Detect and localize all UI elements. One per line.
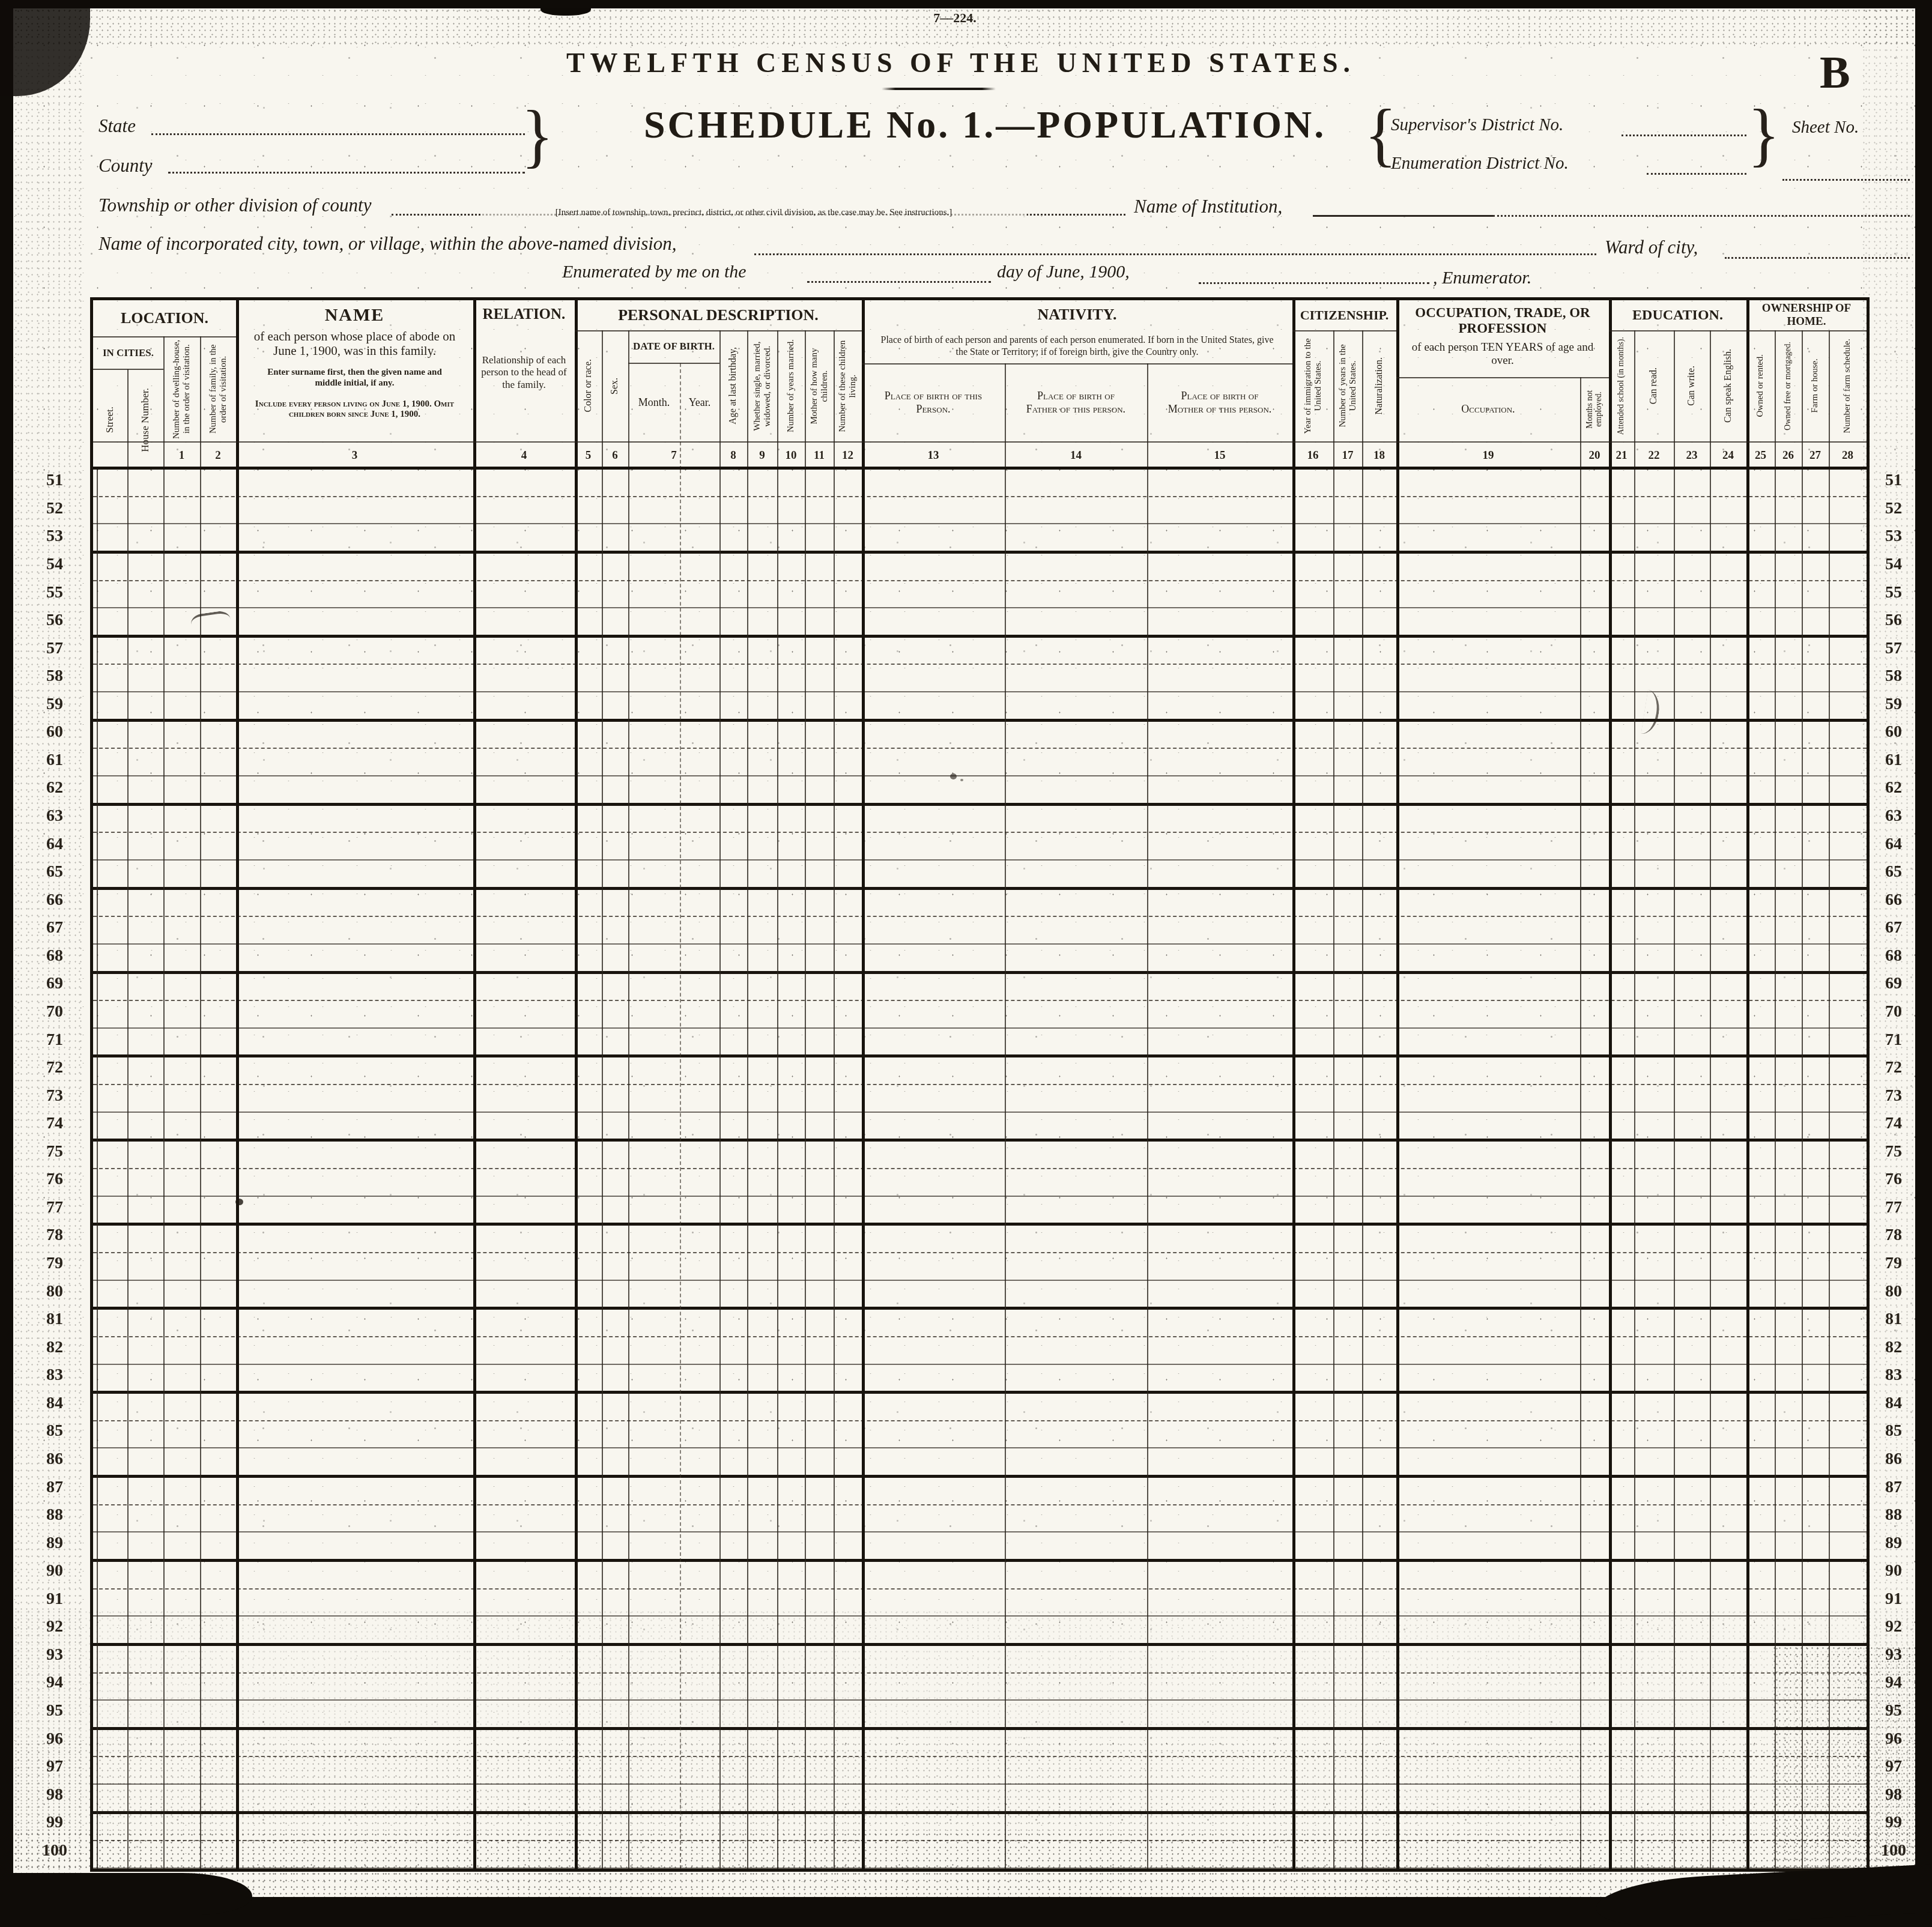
grid-line — [628, 363, 719, 364]
table-row-55 — [93, 581, 1867, 609]
county-label: County — [98, 155, 153, 177]
sheet-no-label: Sheet No. — [1792, 118, 1859, 138]
grid-line — [719, 470, 721, 1869]
grid-line — [719, 330, 721, 470]
col19-occupation-header: Occupation. — [1396, 377, 1580, 441]
state-field — [151, 133, 525, 135]
grid-line — [236, 300, 239, 470]
grid-line — [1396, 300, 1399, 470]
row-number: 98 — [1867, 1780, 1921, 1809]
grid-line — [1396, 377, 1609, 378]
row-number: 94 — [1867, 1669, 1921, 1697]
table-row-62 — [93, 776, 1867, 806]
grid-line — [1802, 470, 1803, 1869]
grid-line — [1292, 470, 1295, 1869]
grid-line — [473, 300, 476, 470]
row-number: 71 — [26, 1026, 83, 1054]
grid-line — [1292, 300, 1295, 470]
column-number: 27 — [1802, 441, 1829, 470]
table-row-67 — [93, 917, 1867, 945]
row-number: 74 — [26, 1110, 83, 1138]
grid-line — [1609, 300, 1612, 470]
occupation-description: of each person TEN YEARS of age and over… — [1396, 336, 1609, 368]
section-ownership: OWNERSHIP OF HOME. — [1746, 300, 1867, 330]
mother-of-label: Mother of how many children. — [810, 333, 829, 440]
farm-schedule-label: Number of farm schedule. — [1843, 339, 1853, 433]
row-number: 89 — [26, 1529, 83, 1557]
row-number: 72 — [1867, 1054, 1921, 1082]
row-number: 78 — [26, 1221, 83, 1250]
grid-line — [862, 470, 865, 1869]
ward-field — [1725, 257, 1910, 259]
col26-owned-free-mortgaged-header: Owned free or mortgaged. — [1775, 330, 1802, 441]
table-row-100 — [93, 1841, 1867, 1869]
grid-line — [1829, 470, 1830, 1869]
table-row-80 — [93, 1281, 1867, 1310]
naturalization-label: Naturalization. — [1374, 357, 1385, 415]
enumerator-name-field — [1199, 282, 1429, 284]
grid-line — [1147, 470, 1148, 1869]
state-label: State — [98, 115, 136, 137]
row-number: 100 — [1867, 1837, 1921, 1865]
grid-line — [777, 470, 778, 1869]
grid-line — [97, 470, 98, 1869]
scan-edge-right — [1915, 0, 1932, 1927]
attended-school-label: Attended school (in months). — [1617, 337, 1626, 435]
column-number: 19 — [1396, 441, 1580, 470]
column-number: 22 — [1634, 441, 1674, 470]
column-number-empty — [93, 441, 127, 470]
section-citizenship: CITIZENSHIP. — [1292, 300, 1396, 330]
grid-line — [1746, 300, 1749, 470]
farm-house-label: Farm or house. — [1810, 358, 1820, 413]
table-row-84 — [93, 1394, 1867, 1421]
table-row-81 — [93, 1310, 1867, 1337]
section-location: LOCATION. — [93, 300, 236, 336]
col23-can-write-header: Can write. — [1674, 330, 1710, 441]
row-number: 58 — [1867, 662, 1921, 691]
row-number: 69 — [1867, 970, 1921, 998]
column-number: 23 — [1674, 441, 1710, 470]
table-row-59 — [93, 692, 1867, 722]
row-number: 95 — [26, 1697, 83, 1725]
row-number: 67 — [1867, 914, 1921, 942]
scan-edge-bottom-left — [0, 1873, 252, 1915]
table-row-92 — [93, 1617, 1867, 1646]
row-number: 56 — [1867, 607, 1921, 635]
col13-birthplace-person-header: Place of birth of this Person. — [862, 363, 1005, 441]
row-number: 86 — [26, 1445, 83, 1474]
name-note2: Include every person living on June 1, 1… — [236, 389, 473, 420]
name-note1: Enter surname first, then the given name… — [236, 358, 473, 389]
population-table: LOCATION. IN CITIES. Street. House Numbe… — [90, 297, 1870, 1872]
row-number: 53 — [1867, 522, 1921, 551]
grid-line — [93, 441, 1867, 443]
section-relation-block: RELATION. Relationship of each person to… — [473, 300, 575, 441]
row-number: 72 — [26, 1054, 83, 1082]
grid-line — [575, 300, 578, 470]
township-note: [Insert name of township, town, precinct… — [480, 208, 1027, 218]
table-row-54 — [93, 554, 1867, 581]
row-number: 96 — [26, 1725, 83, 1753]
grid-line — [1775, 330, 1776, 470]
row-number: 63 — [26, 802, 83, 830]
table-row-94 — [93, 1674, 1867, 1701]
section-education: EDUCATION. — [1609, 300, 1746, 330]
grid-line — [93, 336, 236, 337]
section-name: NAME — [236, 300, 473, 325]
institution-label: Name of Institution, — [1134, 196, 1282, 217]
col18-naturalization-header: Naturalization. — [1362, 330, 1396, 441]
table-row-85 — [93, 1421, 1867, 1449]
col7-month-header: Month. — [628, 363, 680, 441]
grid-line — [680, 363, 681, 470]
ward-label: Ward of city, — [1605, 237, 1698, 258]
row-number: 52 — [26, 495, 83, 523]
supervisors-district-label: Supervisor's District No. — [1391, 115, 1563, 135]
row-number: 66 — [1867, 886, 1921, 914]
row-number: 92 — [1867, 1613, 1921, 1641]
row-number: 85 — [1867, 1417, 1921, 1445]
grid-line — [1147, 363, 1148, 470]
grid-line — [747, 470, 748, 1869]
col28-farm-schedule-header: Number of farm schedule. — [1829, 330, 1867, 441]
years-married-label: Number of years married. — [786, 339, 796, 432]
section-occupation-block: OCCUPATION, TRADE, OR PROFESSION of each… — [1396, 300, 1609, 377]
family-number-label: Number of family, in the order of visita… — [208, 339, 228, 439]
row-number: 79 — [26, 1250, 83, 1278]
table-row-96 — [93, 1730, 1867, 1758]
col20-months-not-employed-header: Months not employed. — [1580, 377, 1609, 441]
row-number: 64 — [26, 830, 83, 858]
row-number: 80 — [26, 1277, 83, 1305]
row-number: 91 — [26, 1585, 83, 1614]
table-row-83 — [93, 1365, 1867, 1394]
column-number: 1 — [163, 441, 200, 470]
owned-rented-label: Owned or rented. — [1755, 354, 1766, 417]
day-of-june-label: day of June, 1900, — [997, 262, 1130, 282]
section-name-block: NAME of each person whose place of abode… — [236, 300, 473, 441]
census-scan-page: 7—224. TWELFTH CENSUS OF THE UNITED STAT… — [0, 0, 1932, 1927]
row-number: 100 — [26, 1837, 83, 1865]
header-separator — [93, 467, 1867, 470]
grid-line — [473, 470, 476, 1869]
row-number: 97 — [1867, 1753, 1921, 1781]
marital-label: Whether single, married, widowed, or div… — [753, 333, 772, 440]
table-row-95 — [93, 1701, 1867, 1730]
grid-line — [805, 330, 806, 470]
table-row-99 — [93, 1814, 1867, 1842]
sheet-letter: B — [1820, 47, 1874, 97]
children-living-label: Number of these children living. — [838, 333, 858, 440]
ink-specks — [950, 773, 957, 779]
grid-line — [1802, 330, 1803, 470]
column-number: 18 — [1362, 441, 1396, 470]
col9-marital-header: Whether single, married, widowed, or div… — [747, 330, 777, 441]
grid-line — [93, 369, 163, 370]
col14-birthplace-father-header: Place of birth of Father of this person. — [1005, 363, 1147, 441]
row-number: 96 — [1867, 1725, 1921, 1753]
row-number: 70 — [26, 998, 83, 1026]
grid-line — [834, 470, 835, 1869]
row-number: 88 — [26, 1501, 83, 1529]
col27-farm-house-header: Farm or house. — [1802, 330, 1829, 441]
row-number: 60 — [1867, 718, 1921, 746]
row-number: 56 — [26, 607, 83, 635]
immigration-year-label: Year of immigration to the United States… — [1303, 333, 1323, 440]
row-number: 84 — [1867, 1390, 1921, 1418]
row-number: 90 — [26, 1557, 83, 1585]
table-row-82 — [93, 1337, 1867, 1365]
row-number: 94 — [26, 1669, 83, 1697]
grid-line — [1005, 470, 1006, 1869]
table-row-66 — [93, 890, 1867, 918]
table-row-88 — [93, 1505, 1867, 1533]
row-number: 55 — [26, 578, 83, 607]
section-nativity: NATIVITY. — [862, 300, 1292, 329]
supervisors-district-field — [1622, 135, 1746, 136]
table-row-78 — [93, 1226, 1867, 1253]
table-row-65 — [93, 861, 1867, 890]
row-number: 63 — [1867, 802, 1921, 830]
row-number: 73 — [1867, 1081, 1921, 1110]
row-number: 77 — [1867, 1194, 1921, 1222]
row-number: 87 — [1867, 1473, 1921, 1501]
township-label: Township or other division of county — [98, 195, 371, 216]
row-number: 76 — [1867, 1166, 1921, 1194]
table-row-53 — [93, 524, 1867, 554]
row-number: 99 — [1867, 1809, 1921, 1837]
column-number: 9 — [747, 441, 777, 470]
row-number: 93 — [1867, 1641, 1921, 1669]
grid-line — [602, 470, 603, 1869]
row-number: 80 — [1867, 1277, 1921, 1305]
grid-line — [127, 470, 129, 1869]
grid-line — [1580, 377, 1581, 470]
column-number: 20 — [1580, 441, 1609, 470]
column-number-row: 1234567891011121314151617181920212223242… — [93, 441, 1867, 470]
row-numbers-right: 5152535455565758596061626364656667686970… — [1867, 467, 1921, 1865]
table-row-89 — [93, 1532, 1867, 1562]
column-number: 6 — [602, 441, 628, 470]
grid-line — [163, 336, 165, 470]
column-number: 7 — [628, 441, 719, 470]
column-number: 12 — [834, 441, 862, 470]
enumeration-district-field — [1647, 173, 1746, 175]
column-number: 21 — [1609, 441, 1634, 470]
color-race-label: Color or race. — [583, 359, 594, 412]
grid-line — [1362, 330, 1363, 470]
row-number: 78 — [1867, 1221, 1921, 1250]
grid-line — [862, 300, 865, 470]
row-number: 84 — [26, 1390, 83, 1418]
grid-line — [1609, 470, 1612, 1869]
row-number: 61 — [26, 746, 83, 775]
row-number: 52 — [1867, 495, 1921, 523]
scan-edge-top — [0, 0, 1932, 8]
row-number: 60 — [26, 718, 83, 746]
county-field — [168, 172, 525, 174]
col12-children-living-header: Number of these children living. — [834, 330, 862, 441]
grid-line — [200, 470, 201, 1869]
months-not-employed-label: Months not employed. — [1585, 378, 1604, 440]
table-row-87 — [93, 1478, 1867, 1505]
table-row-76 — [93, 1169, 1867, 1197]
row-number: 91 — [1867, 1585, 1921, 1614]
relation-description: Relationship of each person to the head … — [473, 323, 575, 391]
row-number: 95 — [1867, 1697, 1921, 1725]
table-row-79 — [93, 1253, 1867, 1281]
grid-line — [1634, 330, 1635, 470]
row-number: 73 — [26, 1081, 83, 1110]
section-personal-description: PERSONAL DESCRIPTION. — [575, 300, 862, 330]
column-number: 8 — [719, 441, 747, 470]
table-row-63 — [93, 806, 1867, 833]
column-number: 10 — [777, 441, 805, 470]
row-number: 55 — [1867, 578, 1921, 607]
table-row-52 — [93, 497, 1867, 525]
row-number: 59 — [26, 691, 83, 719]
grid-line — [127, 369, 129, 470]
grid-line — [200, 336, 201, 470]
column-number: 11 — [805, 441, 834, 470]
row-number: 83 — [26, 1361, 83, 1390]
column-number: 26 — [1775, 441, 1802, 470]
enumerated-label: Enumerated by me on the — [562, 262, 746, 282]
table-row-60 — [93, 722, 1867, 749]
table-row-72 — [93, 1057, 1867, 1085]
grid-line — [805, 470, 806, 1869]
grid-line — [1609, 330, 1867, 331]
row-number: 57 — [1867, 634, 1921, 662]
grid-line — [680, 470, 681, 1869]
table-row-73 — [93, 1085, 1867, 1113]
section-occupation-line1: OCCUPATION, TRADE, OR — [1396, 300, 1609, 321]
row-number: 83 — [1867, 1361, 1921, 1390]
column-number: 24 — [1710, 441, 1746, 470]
grid-line — [834, 330, 835, 470]
incorporated-city-field — [754, 253, 1596, 255]
row-number: 82 — [26, 1333, 83, 1361]
row-number: 99 — [26, 1809, 83, 1837]
grid-line — [1829, 330, 1830, 470]
column-number: 2 — [200, 441, 236, 470]
table-body — [93, 470, 1867, 1869]
row-number: 75 — [1867, 1138, 1921, 1166]
column-number: 25 — [1746, 441, 1775, 470]
grid-line — [1396, 470, 1399, 1869]
section-relation: RELATION. — [473, 300, 575, 323]
incorporated-city-label: Name of incorporated city, town, or vill… — [98, 233, 677, 255]
row-number: 67 — [26, 914, 83, 942]
row-number: 85 — [26, 1417, 83, 1445]
row-number: 97 — [26, 1753, 83, 1781]
grid-line — [1333, 470, 1334, 1869]
section-occupation-line2: PROFESSION — [1396, 321, 1609, 336]
row-number: 68 — [26, 942, 83, 970]
grid-line — [236, 470, 239, 1869]
scan-edge-left — [0, 0, 13, 1927]
column-number-empty — [127, 441, 163, 470]
institution-field — [1493, 215, 1910, 217]
table-row-64 — [93, 833, 1867, 861]
grid-line — [862, 363, 1292, 365]
row-number: 61 — [1867, 746, 1921, 775]
can-read-label: Can read. — [1649, 368, 1659, 404]
can-speak-english-label: Can speak English. — [1723, 349, 1734, 423]
enumeration-district-label: Enumeration District No. — [1391, 154, 1569, 174]
col7-year-header: Year. — [680, 363, 719, 441]
schedule-title: SCHEDULE No. 1.—POPULATION. — [541, 103, 1429, 147]
table-row-90 — [93, 1562, 1867, 1590]
grid-line — [1775, 470, 1776, 1869]
nativity-note: Place of birth of each person and parent… — [862, 329, 1292, 363]
col24-can-speak-english-header: Can speak English. — [1710, 330, 1746, 441]
grid-line — [1674, 470, 1675, 1869]
col8-age-header: Age at last birthday, — [719, 330, 747, 441]
table-row-58 — [93, 665, 1867, 692]
col21-attended-school-header: Attended school (in months). — [1609, 330, 1634, 441]
table-row-74 — [93, 1113, 1867, 1142]
table-row-77 — [93, 1197, 1867, 1226]
age-label: Age at last birthday, — [728, 347, 739, 425]
grid-line — [1674, 330, 1675, 470]
row-number: 88 — [1867, 1501, 1921, 1529]
row-number: 66 — [26, 886, 83, 914]
row-number: 62 — [26, 774, 83, 802]
table-row-98 — [93, 1785, 1867, 1814]
table-row-69 — [93, 974, 1867, 1002]
row-number: 59 — [1867, 691, 1921, 719]
census-title: TWELFTH CENSUS OF THE UNITED STATES. — [420, 46, 1501, 79]
row-number: 54 — [26, 551, 83, 579]
row-numbers-left: 5152535455565758596061626364656667686970… — [26, 467, 83, 1865]
in-cities-header: IN CITIES. — [93, 337, 163, 369]
row-number: 90 — [1867, 1557, 1921, 1585]
table-row-71 — [93, 1029, 1867, 1058]
row-number: 79 — [1867, 1250, 1921, 1278]
row-number: 57 — [26, 634, 83, 662]
row-number: 51 — [26, 467, 83, 495]
table-row-91 — [93, 1590, 1867, 1617]
row-number: 86 — [1867, 1445, 1921, 1474]
row-number: 77 — [26, 1194, 83, 1222]
col2-family-number-header: Number of family, in the order of visita… — [200, 337, 236, 441]
col22-can-read-header: Can read. — [1634, 330, 1674, 441]
table-row-61 — [93, 749, 1867, 776]
table-row-56 — [93, 608, 1867, 638]
grid-line — [1580, 470, 1581, 1869]
table-row-70 — [93, 1001, 1867, 1029]
grid-line — [1333, 330, 1334, 470]
row-number: 53 — [26, 522, 83, 551]
table-row-97 — [93, 1757, 1867, 1785]
state-county-brace: } — [521, 100, 554, 171]
col1-dwelling-number-header: Number of dwelling-house, in the order o… — [163, 337, 200, 441]
years-in-us-label: Number of years in the United States. — [1338, 333, 1358, 440]
column-number: 3 — [236, 441, 473, 470]
row-number: 82 — [1867, 1333, 1921, 1361]
name-description: of each person whose place of abode on J… — [236, 325, 473, 358]
row-number: 64 — [1867, 830, 1921, 858]
row-number: 89 — [1867, 1529, 1921, 1557]
table-row-86 — [93, 1448, 1867, 1478]
form-number: 7—224. — [901, 10, 1009, 26]
column-number: 15 — [1147, 441, 1292, 470]
title-divider — [882, 88, 996, 90]
grid-line — [1362, 470, 1363, 1869]
row-number: 81 — [26, 1305, 83, 1334]
